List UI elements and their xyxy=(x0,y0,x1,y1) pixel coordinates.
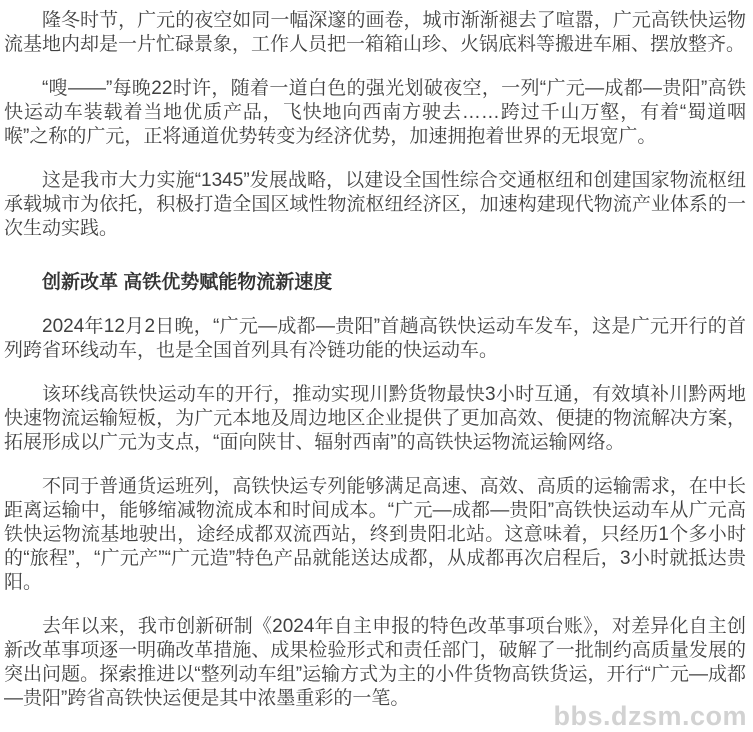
article-body: 隆冬时节，广元的夜空如同一幅深邃的画卷，城市渐渐褪去了喧嚣，广元高铁快运物流基地… xyxy=(0,0,753,711)
site-watermark: bbs.dzsm.com xyxy=(553,702,747,730)
paragraph-strategy: 这是我市大力实施“1345”发展战略，以建设全国性综合交通枢纽和创建国家物流枢纽… xyxy=(4,169,746,241)
paragraph-route-detail: 不同于普通货运班列，高铁快运专列能够满足高速、高效、高质的运输需求，在中长距离运… xyxy=(4,475,746,595)
paragraph-reform: 去年以来，我市创新研制《2024年自主申报的特色改革事项台账》，对差异化自主创新… xyxy=(4,615,746,711)
paragraph-intro: 隆冬时节，广元的夜空如同一幅深邃的画卷，城市渐渐褪去了喧嚣，广元高铁快运物流基地… xyxy=(4,9,746,57)
section-heading: 创新改革 高铁优势赋能物流新速度 xyxy=(4,271,746,295)
paragraph-network: 该环线高铁快运动车的开行，推动实现川黔货物最快3小时互通，有效填补川黔两地快速物… xyxy=(4,383,746,455)
paragraph-first-run: 2024年12月2日晚，“广元—成都—贵阳”首趟高铁快运动车发车，这是广元开行的… xyxy=(4,315,746,363)
paragraph-train-departure: “嗖——”每晚22时许，随着一道白色的强光划破夜空，一列“广元—成都—贵阳”高铁… xyxy=(4,77,746,149)
